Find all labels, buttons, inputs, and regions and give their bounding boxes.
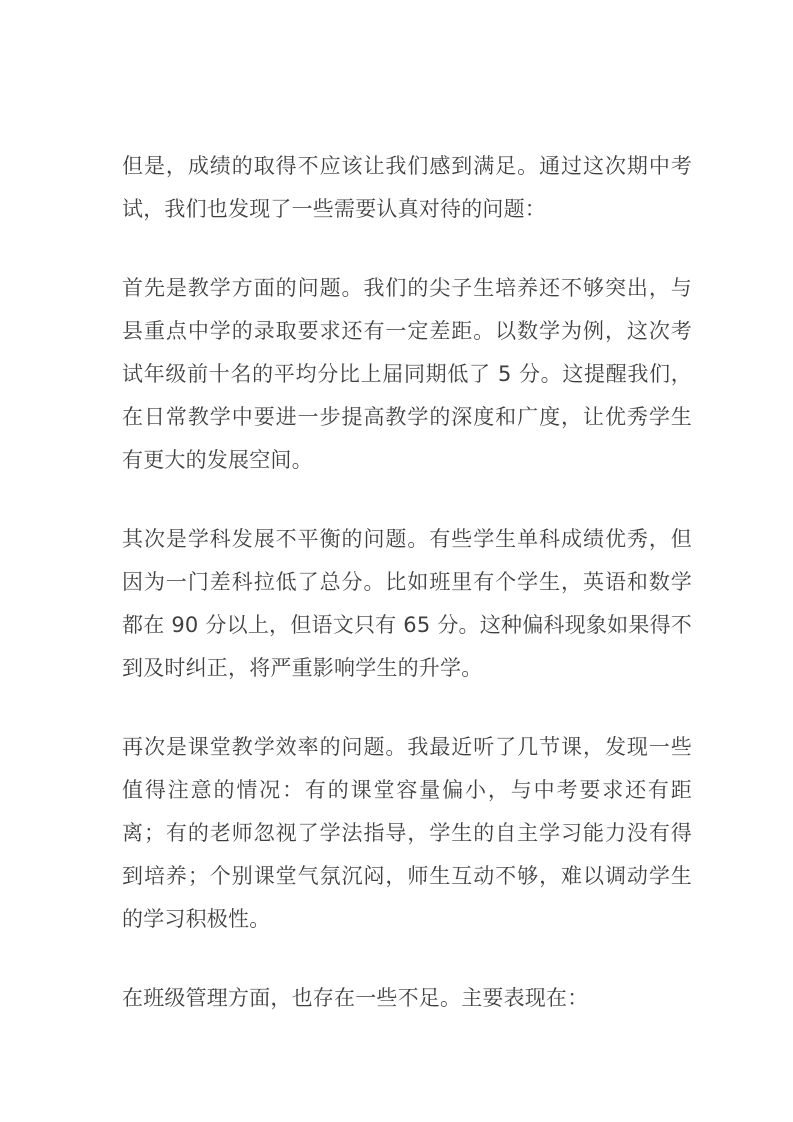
paragraph-subject-imbalance-issue: 其次是学科发展不平衡的问题。有些学生单科成绩优秀，但因为一门差科拉低了总分。比如… xyxy=(122,518,692,690)
paragraph-intro-problems: 但是，成绩的取得不应该让我们感到满足。通过这次期中考试，我们也发现了一些需要认真… xyxy=(122,145,692,231)
paragraph-classroom-efficiency-issue: 再次是课堂教学效率的问题。我最近听了几节课，发现一些值得注意的情况：有的课堂容量… xyxy=(122,726,692,941)
paragraph-teaching-issue: 首先是教学方面的问题。我们的尖子生培养还不够突出，与县重点中学的录取要求还有一定… xyxy=(122,267,692,482)
paragraph-class-management-intro: 在班级管理方面，也存在一些不足。主要表现在： xyxy=(122,977,692,1020)
document-page: 但是，成绩的取得不应该让我们感到满足。通过这次期中考试，我们也发现了一些需要认真… xyxy=(0,0,793,1122)
